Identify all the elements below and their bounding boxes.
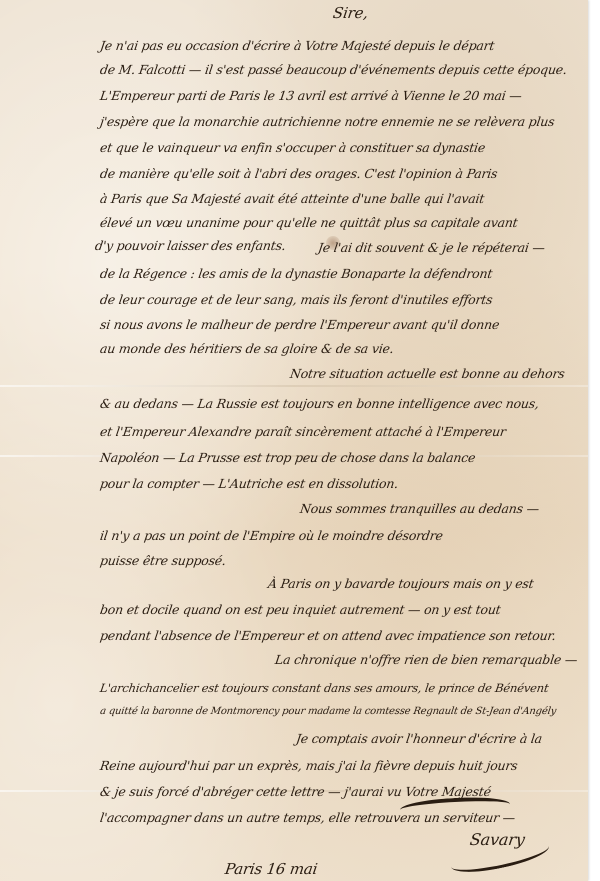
letter-line: pour la compter — L'Autriche est en diss… <box>99 478 399 491</box>
letter-line: puisse être supposé. <box>99 555 227 568</box>
letter-line: & je suis forcé d'abréger cette lettre —… <box>99 786 492 799</box>
letter-line: si nous avons le malheur de perdre l'Emp… <box>99 319 500 332</box>
letter-line: bon et docile quand on est peu inquiet a… <box>99 604 501 617</box>
letter-line: au monde des héritiers de sa gloire & de… <box>99 343 394 356</box>
letter-line: d'y pouvoir laisser des enfants. <box>94 240 286 253</box>
letter-line: L'Empereur parti de Paris le 13 avril es… <box>99 90 522 103</box>
letter-line: de M. Falcotti — il s'est passé beaucoup… <box>99 64 568 77</box>
letter-line: L'archichancelier est toujours constant … <box>99 683 549 695</box>
letter-line: Notre situation actuelle est bonne au de… <box>289 368 565 381</box>
letter-line: à Paris que Sa Majesté avait été atteint… <box>99 193 485 206</box>
letter-line: Je comptais avoir l'honneur d'écrire à l… <box>295 733 543 746</box>
letter-paper: Sire, Je n'ai pas eu occasion d'écrire à… <box>0 0 588 881</box>
letter-line: et l'Empereur Alexandre paraît sincèreme… <box>99 426 506 439</box>
letter-line: & au dedans — La Russie est toujours en … <box>99 398 540 411</box>
letter-line: La chronique n'offre rien de bien remarq… <box>274 654 578 667</box>
letter-line: À Paris on y bavarde toujours mais on y … <box>267 578 534 591</box>
letter-greeting: Sire, <box>332 6 369 21</box>
letter-line: élevé un vœu unanime pour qu'elle ne qui… <box>99 217 518 230</box>
letter-line: Je l'ai dit souvent & je le répéterai — <box>317 242 546 255</box>
date-line: Paris 16 mai <box>224 862 318 877</box>
letter-line: j'espère que la monarchie autrichienne n… <box>99 116 555 129</box>
letter-line: de leur courage et de leur sang, mais il… <box>99 294 493 307</box>
letter-line: a quitté la baronne de Montmorency pour … <box>99 707 556 717</box>
letter-line: de manière qu'elle soit à l'abri des ora… <box>99 168 498 181</box>
letter-line: pendant l'absence de l'Empereur et on at… <box>99 630 556 643</box>
letter-line: de la Régence : les amis de la dynastie … <box>99 268 493 281</box>
letter-line: il n'y a pas un point de l'Empire où le … <box>99 530 443 543</box>
paper-fold-line <box>0 385 588 387</box>
letter-line: Je n'ai pas eu occasion d'écrire à Votre… <box>99 40 495 53</box>
letter-line: Nous sommes tranquilles au dedans — <box>299 503 540 516</box>
letter-line: et que le vainqueur va enfin s'occuper à… <box>99 142 486 155</box>
letter-line: Napoléon — La Prusse est trop peu de cho… <box>99 452 476 465</box>
letter-line: Reine aujourd'hui par un exprès, mais j'… <box>99 760 518 773</box>
